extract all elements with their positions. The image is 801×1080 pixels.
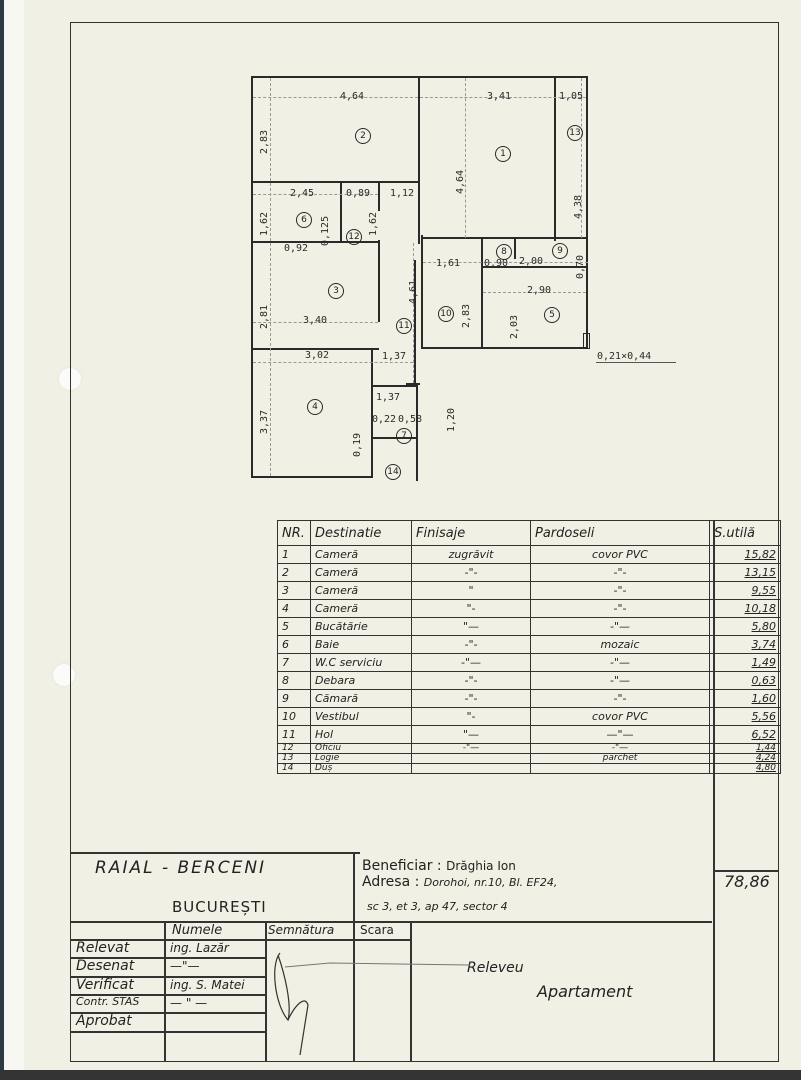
- cell-finisaje: [412, 764, 531, 774]
- header-suprafata-utila: S.utilă: [710, 521, 781, 546]
- header-finisaje: Finisaje: [412, 521, 531, 546]
- cell-suprafata: 1,49: [710, 654, 781, 672]
- cell-finisaje: ": [412, 582, 531, 600]
- signoff-name: —"—: [170, 959, 200, 973]
- cell-nr: 10: [278, 708, 311, 726]
- cell-pardoseli: -"-: [531, 582, 710, 600]
- cell-finisaje: -"—: [412, 744, 531, 754]
- cell-nr: 5: [278, 618, 311, 636]
- cell-suprafata: 9,55: [710, 582, 781, 600]
- cell-destinatie: Cameră: [311, 600, 412, 618]
- rooms-table: NR. Destinatie Finisaje Pardoseli S.util…: [277, 520, 781, 774]
- dimension-label: 2,00: [519, 256, 543, 267]
- signoff-role-label: Aprobat: [76, 1013, 132, 1029]
- cell-finisaje: -"—: [412, 654, 531, 672]
- dimension-label: 3,41: [487, 91, 511, 102]
- cell-suprafata: 1,60: [710, 690, 781, 708]
- room-number-marker: 12: [346, 229, 362, 245]
- cell-nr: 2: [278, 564, 311, 582]
- adresa-line1: Dorohoi, nr.10, Bl. EF24,: [424, 876, 558, 889]
- cell-pardoseli: -"—: [531, 744, 710, 754]
- table-row: 14Duș4,80: [278, 764, 781, 774]
- table-row: 2Cameră-"--"-13,15: [278, 564, 781, 582]
- table-row: 9Cămară-"--"-1,60: [278, 690, 781, 708]
- total-area: 78,86: [724, 872, 770, 891]
- cell-pardoseli: —"—: [531, 726, 710, 744]
- cell-suprafata: 5,56: [710, 708, 781, 726]
- col-semnatura: Semnătura: [268, 923, 334, 937]
- room-number-marker: 4: [307, 399, 323, 415]
- cell-suprafata: 4,80: [710, 764, 781, 774]
- table-row: 13Logieparchet4,24: [278, 754, 781, 764]
- dimension-label: 0,125: [320, 216, 331, 246]
- cell-pardoseli: [531, 764, 710, 774]
- dimension-label: 0,70: [575, 255, 586, 279]
- signoff-role-label: Verificat: [76, 977, 134, 993]
- cell-destinatie: Oficiu: [311, 744, 412, 754]
- cell-suprafata: 1,44: [710, 744, 781, 754]
- location-district: RAIAL - BERCENI: [95, 858, 266, 878]
- dimension-label: 3,40: [303, 315, 327, 326]
- cell-finisaje: -"-: [412, 636, 531, 654]
- table-row: 12Oficiu-"—-"—1,44: [278, 744, 781, 754]
- cell-finisaje: [412, 754, 531, 764]
- cell-destinatie: Cameră: [311, 546, 412, 564]
- cell-finisaje: -"-: [412, 690, 531, 708]
- dimension-label: 4,38: [573, 195, 584, 219]
- dimension-label: 1,62: [368, 212, 379, 236]
- scanner-strip: [4, 0, 24, 1080]
- scanner-bottom-edge: [0, 1070, 801, 1080]
- cell-destinatie: W.C serviciu: [311, 654, 412, 672]
- header-pardoseli: Pardoseli: [531, 521, 710, 546]
- room-number-marker: 1: [495, 146, 511, 162]
- header-destinatie: Destinatie: [311, 521, 412, 546]
- cell-nr: 3: [278, 582, 311, 600]
- cell-pardoseli: -"—: [531, 618, 710, 636]
- dimension-label: 2,83: [461, 304, 472, 328]
- cell-pardoseli: -"-: [531, 690, 710, 708]
- cell-destinatie: Bucătărie: [311, 618, 412, 636]
- dimension-label: 2,90: [527, 285, 551, 296]
- room-number-marker: 6: [296, 212, 312, 228]
- cell-pardoseli: -"-: [531, 600, 710, 618]
- cell-finisaje: -"-: [412, 564, 531, 582]
- signature-scribble: [270, 945, 470, 1065]
- dimension-label: 1,61: [436, 258, 460, 269]
- dimension-label: 1,12: [390, 188, 414, 199]
- cell-nr: 7: [278, 654, 311, 672]
- cell-suprafata: 0,63: [710, 672, 781, 690]
- signoff-name: ing. Lazăr: [170, 941, 229, 955]
- table-row: 8Debara-"--"—0,63: [278, 672, 781, 690]
- table-row: 10Vestibul"-covor PVC5,56: [278, 708, 781, 726]
- cell-suprafata: 13,15: [710, 564, 781, 582]
- cell-nr: 6: [278, 636, 311, 654]
- cell-destinatie: Cameră: [311, 582, 412, 600]
- dimension-label: 2,03: [509, 315, 520, 339]
- signoff-role-label: Contr. STAS: [76, 995, 139, 1008]
- cell-finisaje: -"-: [412, 672, 531, 690]
- dimension-label: 0,89: [346, 188, 370, 199]
- adresa-label: Adresa: [362, 874, 410, 890]
- dimension-label: 0,90: [484, 258, 508, 269]
- cell-destinatie: Debara: [311, 672, 412, 690]
- dimension-label: 3,37: [259, 410, 270, 434]
- cell-finisaje: "-: [412, 708, 531, 726]
- signoff-name: — " —: [170, 996, 207, 1010]
- adresa-line2: sc 3, et 3, ap 47, sector 4: [367, 900, 508, 913]
- room-number-marker: 10: [438, 306, 454, 322]
- cell-suprafata: 6,52: [710, 726, 781, 744]
- cell-pardoseli: covor PVC: [531, 708, 710, 726]
- cell-finisaje: "—: [412, 726, 531, 744]
- cell-finisaje: zugrăvit: [412, 546, 531, 564]
- table-row: 7W.C serviciu-"—-"—1,49: [278, 654, 781, 672]
- niche-dimension-annotation: 0,21×0,44: [597, 351, 651, 362]
- drawing-title-apartament: Apartament: [537, 982, 632, 1001]
- cell-nr: 13: [278, 754, 311, 764]
- cell-suprafata: 4,24: [710, 754, 781, 764]
- dimension-label: 4,61: [408, 280, 419, 304]
- signoff-role-label: Desenat: [76, 958, 134, 974]
- cell-suprafata: 15,82: [710, 546, 781, 564]
- drawing-title-releveu: Releveu: [467, 960, 524, 976]
- cell-nr: 1: [278, 546, 311, 564]
- room-number-marker: 13: [567, 125, 583, 141]
- dimension-label: 0,19: [352, 433, 363, 457]
- dimension-label: 0,58: [398, 414, 422, 425]
- cell-nr: 12: [278, 744, 311, 754]
- table-header-row: NR. Destinatie Finisaje Pardoseli S.util…: [278, 521, 781, 546]
- room-number-marker: 11: [396, 318, 412, 334]
- dimension-label: 4,64: [340, 91, 364, 102]
- cell-finisaje: "—: [412, 618, 531, 636]
- dimension-label: 2,83: [259, 130, 270, 154]
- header-nr: NR.: [278, 521, 311, 546]
- table-row: 4Cameră"--"-10,18: [278, 600, 781, 618]
- signoff-role-label: Relevat: [76, 940, 129, 956]
- location-city: BUCUREȘTI: [172, 898, 267, 916]
- room-number-marker: 7: [396, 428, 412, 444]
- beneficiar-label: Beneficiar: [362, 858, 432, 874]
- cell-destinatie: Baie: [311, 636, 412, 654]
- cell-nr: 14: [278, 764, 311, 774]
- dimension-label: 3,02: [305, 350, 329, 361]
- cell-pardoseli: -"—: [531, 672, 710, 690]
- room-number-marker: 3: [328, 283, 344, 299]
- cell-destinatie: Cameră: [311, 564, 412, 582]
- room-number-marker: 5: [544, 307, 560, 323]
- dimension-label: 1,37: [376, 392, 400, 403]
- cell-suprafata: 3,74: [710, 636, 781, 654]
- col-scara: Scara: [360, 923, 394, 937]
- dimension-label: 0,22: [372, 414, 396, 425]
- room-number-marker: 14: [385, 464, 401, 480]
- table-row: 11Hol"——"—6,52: [278, 726, 781, 744]
- dimension-label: 1,62: [259, 212, 270, 236]
- cell-nr: 8: [278, 672, 311, 690]
- table-row: 1Camerăzugrăvitcovor PVC15,82: [278, 546, 781, 564]
- cell-finisaje: "-: [412, 600, 531, 618]
- dimension-label: 2,45: [290, 188, 314, 199]
- cell-pardoseli: covor PVC: [531, 546, 710, 564]
- table-row: 3Cameră"-"-9,55: [278, 582, 781, 600]
- table-row: 6Baie-"-mozaic3,74: [278, 636, 781, 654]
- cell-destinatie: Duș: [311, 764, 412, 774]
- cell-suprafata: 10,18: [710, 600, 781, 618]
- cell-nr: 4: [278, 600, 311, 618]
- cell-pardoseli: parchet: [531, 754, 710, 764]
- room-number-marker: 2: [355, 128, 371, 144]
- cell-pardoseli: -"-: [531, 564, 710, 582]
- col-numele: Numele: [172, 923, 222, 938]
- cell-nr: 9: [278, 690, 311, 708]
- cell-destinatie: Logie: [311, 754, 412, 764]
- cell-destinatie: Vestibul: [311, 708, 412, 726]
- cell-destinatie: Cămară: [311, 690, 412, 708]
- cell-pardoseli: mozaic: [531, 636, 710, 654]
- room-number-marker: 9: [552, 243, 568, 259]
- beneficiar-value: Drăghia Ion: [446, 859, 516, 873]
- cell-nr: 11: [278, 726, 311, 744]
- dimension-label: 0,92: [284, 243, 308, 254]
- cell-pardoseli: -"—: [531, 654, 710, 672]
- dimension-label: 1,05: [559, 91, 583, 102]
- cell-suprafata: 5,80: [710, 618, 781, 636]
- dimension-label: 4,64: [455, 170, 466, 194]
- dimension-label: 1,20: [446, 408, 457, 432]
- cell-destinatie: Hol: [311, 726, 412, 744]
- dimension-label: 2,81: [259, 305, 270, 329]
- signoff-name: ing. S. Matei: [170, 978, 245, 992]
- table-row: 5Bucătărie"—-"—5,80: [278, 618, 781, 636]
- table-body: 1Camerăzugrăvitcovor PVC15,822Cameră-"--…: [278, 546, 781, 774]
- dimension-label: 1,37: [382, 351, 406, 362]
